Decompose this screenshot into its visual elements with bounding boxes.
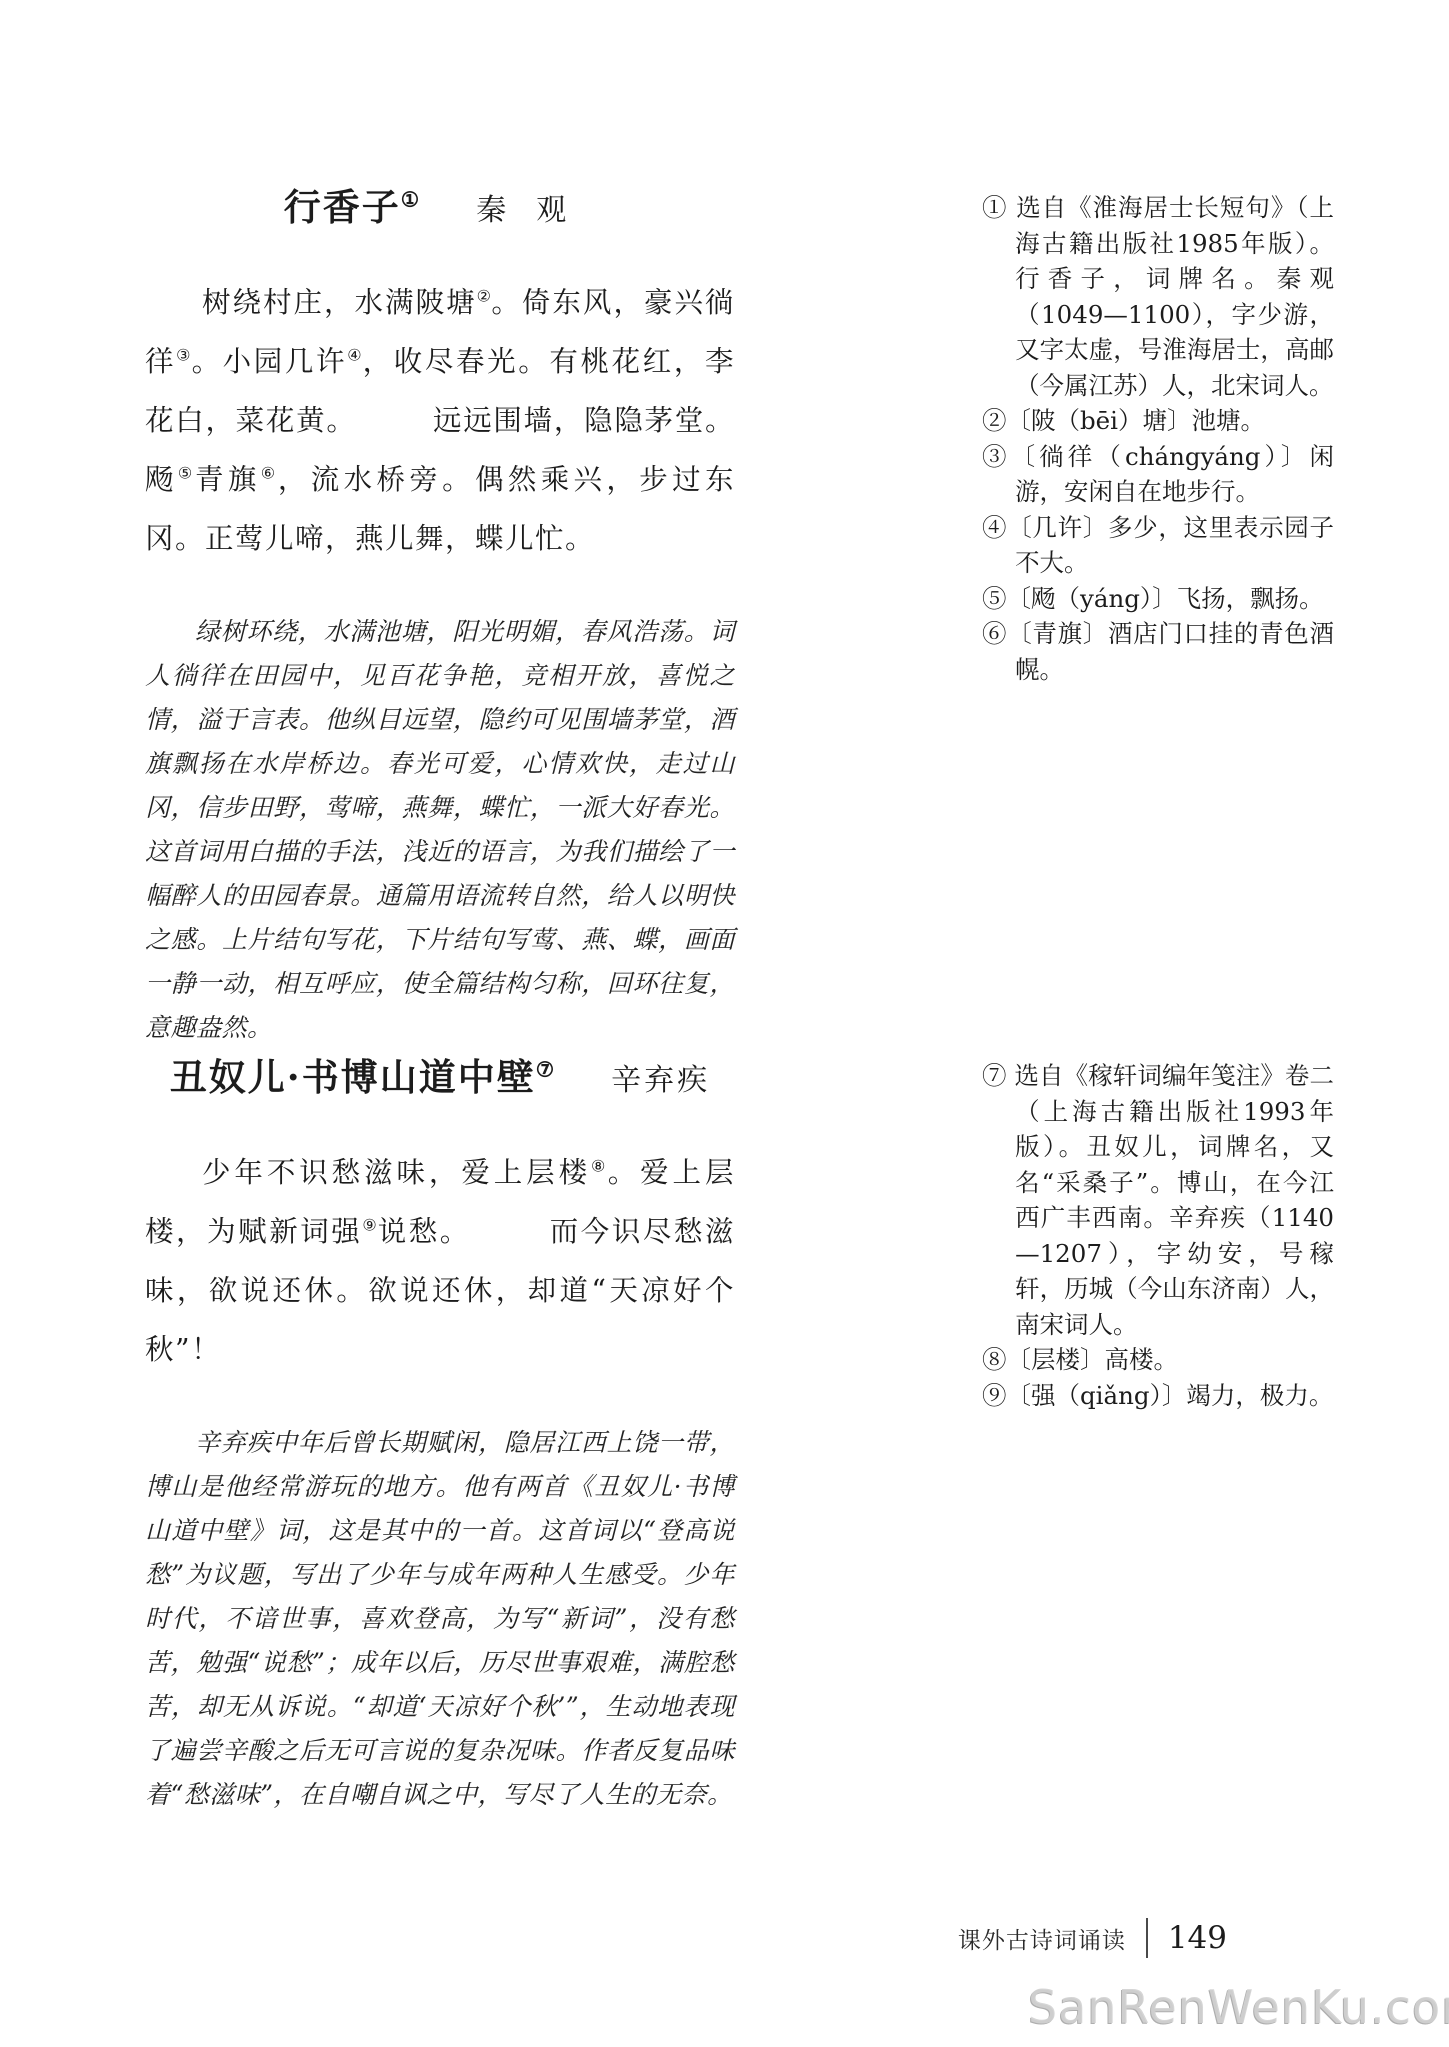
poem-author: 秦观 <box>476 193 596 228</box>
footer-section-label: 课外古诗词诵读 <box>958 1922 1126 1955</box>
footnote: ③〔徜徉（chángyáng）〕闲游，安闲自在地步行。 <box>982 439 1334 510</box>
poem-section-chounuer: 丑奴儿·书博山道中壁⑦ 辛弃疾 少年不识愁滋味，爱上层楼⑧。爱上层楼，为赋新词强… <box>145 1053 735 1817</box>
poem-title: 行香子① 秦观 <box>145 183 735 235</box>
footer-divider <box>1146 1918 1148 1958</box>
textbook-page: 行香子① 秦观 树绕村庄，水满陂塘②。倚东风，豪兴徜徉③。小园几许④，收尽春光。… <box>0 0 1449 2047</box>
poem-section-xingxiangzi: 行香子① 秦观 树绕村庄，水满陂塘②。倚东风，豪兴徜徉③。小园几许④，收尽春光。… <box>145 183 735 1050</box>
footnotes-column-2: ⑦ 选自《稼轩词编年笺注》卷二（上海古籍出版社1993年版）。丑奴儿，词牌名，又… <box>982 1058 1334 1413</box>
poem-title-text: 丑奴儿·书博山道中壁⑦ <box>170 1055 554 1099</box>
footnote: ②〔陂（bēi）塘〕池塘。 <box>982 403 1334 439</box>
footnote: ⑧〔层楼〕高楼。 <box>982 1342 1334 1378</box>
poem-author: 辛弃疾 <box>611 1063 710 1098</box>
poem-title: 丑奴儿·书博山道中壁⑦ 辛弃疾 <box>145 1053 735 1105</box>
page-number: 149 <box>1168 1920 1227 1956</box>
site-watermark: SanRenWenKu.com <box>1028 1980 1449 2034</box>
poem-analysis: 绿树环绕，水满池塘，阳光明媚，春风浩荡。词人徜徉在田园中，见百花争艳，竞相开放，… <box>145 610 735 1050</box>
poem-text: 少年不识愁滋味，爱上层楼⑧。爱上层楼，为赋新词强⑨说愁。 而今识尽愁滋味，欲说还… <box>145 1143 735 1379</box>
footnote: ⑤〔飏（yáng）〕飞扬，飘扬。 <box>982 581 1334 617</box>
footnote: ⑨〔强（qiǎng）〕竭力，极力。 <box>982 1378 1334 1414</box>
poem-analysis: 辛弃疾中年后曾长期赋闲，隐居江西上饶一带，博山是他经常游玩的地方。他有两首《丑奴… <box>145 1421 735 1817</box>
page-footer: 课外古诗词诵读 149 <box>958 1918 1227 1958</box>
footnote: ⑦ 选自《稼轩词编年笺注》卷二（上海古籍出版社1993年版）。丑奴儿，词牌名，又… <box>982 1058 1334 1342</box>
footnotes-column-1: ① 选自《淮海居士长短句》（上海古籍出版社1985年版）。行香子，词牌名。秦观（… <box>982 190 1334 687</box>
footnote: ① 选自《淮海居士长短句》（上海古籍出版社1985年版）。行香子，词牌名。秦观（… <box>982 190 1334 403</box>
poem-text: 树绕村庄，水满陂塘②。倚东风，豪兴徜徉③。小园几许④，收尽春光。有桃花红，李花白… <box>145 273 735 568</box>
poem-title-text: 行香子① <box>284 185 420 229</box>
footnote: ⑥〔青旗〕酒店门口挂的青色酒幌。 <box>982 616 1334 687</box>
footnote: ④〔几许〕多少，这里表示园子不大。 <box>982 510 1334 581</box>
